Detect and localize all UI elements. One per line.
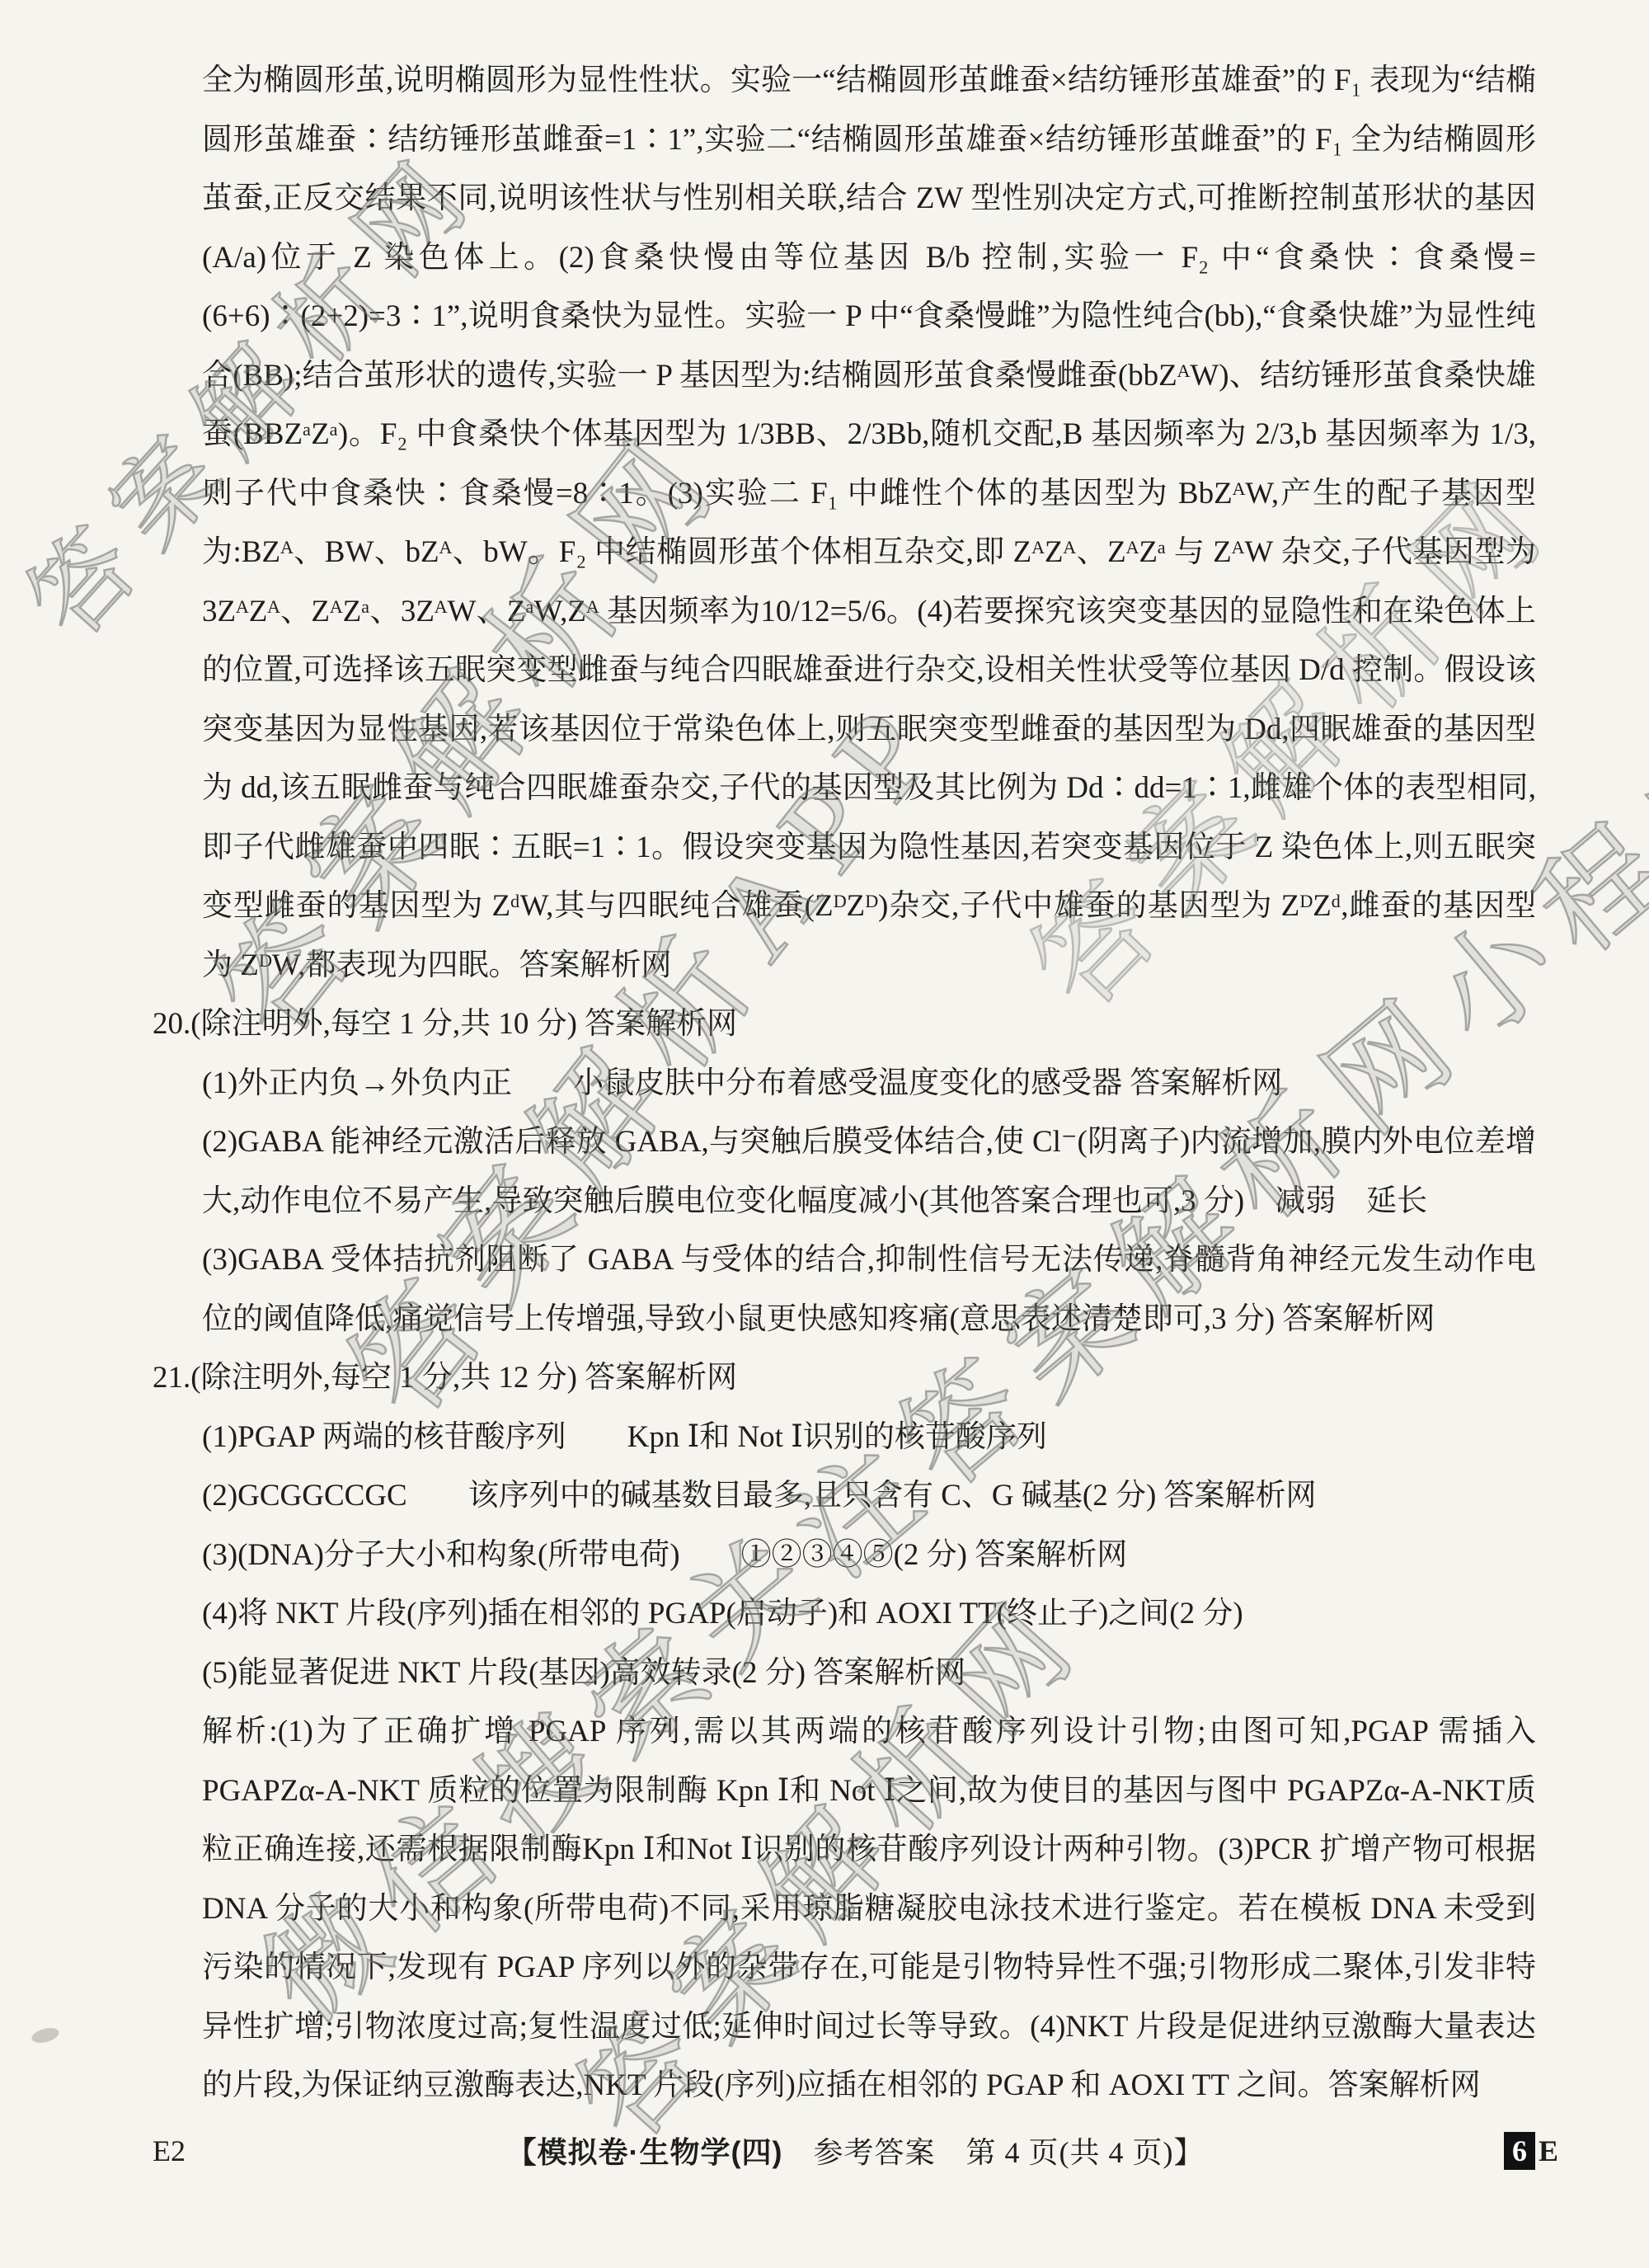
- q21-item: 21.(除注明外,每空 1 分,共 12 分) 答案解析网 (1)PGAP 两端…: [153, 1348, 1536, 2115]
- q21-answer-2: (2)GCGGCCGC 该序列中的碱基数目最多,且只含有 C、G 碱基(2 分)…: [202, 1466, 1536, 1526]
- q20-title: 20.(除注明外,每空 1 分,共 10 分) 答案解析网: [153, 995, 1536, 1054]
- q21-answer-1: (1)PGAP 两端的核苷酸序列 Kpn Ⅰ和 Not Ⅰ识别的核苷酸序列: [202, 1408, 1536, 1467]
- q21-answer-4: (4)将 NKT 片段(序列)插在相邻的 PGAP(启动子)和 AOXI TT(…: [202, 1584, 1536, 1644]
- q20-answer-1: (1)外正内负→外负内正 小鼠皮肤中分布着感受温度变化的感受器 答案解析网: [202, 1054, 1536, 1113]
- footer-code-left: E2: [153, 2134, 334, 2168]
- q20-answer-2: (2)GABA 能神经元激活后释放 GABA,与突触后膜受体结合,使 Cl⁻(阴…: [202, 1113, 1536, 1230]
- footer-center: 【模拟卷·生物学(四) 参考答案 第 4 页(共 4 页)】: [334, 2129, 1377, 2172]
- answer-body: 全为椭圆形茧,说明椭圆形为显性性状。实验一“结椭圆形茧雌蚕×结纺锤形茧雄蚕”的 …: [153, 51, 1536, 2115]
- badge-letter: E: [1539, 2134, 1558, 2167]
- q21-answer-3: (3)(DNA)分子大小和构象(所带电荷) ①②③④⑤(2 分) 答案解析网: [202, 1526, 1536, 1585]
- scanned-answer-page: 全为椭圆形茧,说明椭圆形为显性性状。实验一“结椭圆形茧雌蚕×结纺锤形茧雄蚕”的 …: [0, 0, 1649, 2268]
- footer-center-rest: 参考答案 第 4 页(共 4 页)】: [782, 2136, 1204, 2169]
- page-footer: E2 【模拟卷·生物学(四) 参考答案 第 4 页(共 4 页)】 6E: [153, 2129, 1558, 2172]
- badge-number: 6: [1504, 2132, 1535, 2170]
- q19-answer-continuation: 全为椭圆形茧,说明椭圆形为显性性状。实验一“结椭圆形茧雌蚕×结纺锤形茧雄蚕”的 …: [202, 51, 1536, 995]
- q20-item: 20.(除注明外,每空 1 分,共 10 分) 答案解析网 (1)外正内负→外负…: [153, 995, 1536, 1348]
- footer-page-badge: 6E: [1377, 2132, 1558, 2170]
- q20-answer-3: (3)GABA 受体拮抗剂阻断了 GABA 与受体的结合,抑制性信号无法传递,脊…: [202, 1230, 1536, 1348]
- footer-center-bold: 【模拟卷·生物学(四): [507, 2135, 783, 2169]
- q21-analysis: 解析:(1)为了正确扩增 PGAP 序列,需以其两端的核苷酸序列设计引物;由图可…: [202, 1702, 1536, 2115]
- q21-title: 21.(除注明外,每空 1 分,共 12 分) 答案解析网: [153, 1348, 1536, 1408]
- scan-smudge: [31, 2026, 61, 2045]
- q21-answer-5: (5)能显著促进 NKT 片段(基因)高效转录(2 分) 答案解析网: [202, 1644, 1536, 1703]
